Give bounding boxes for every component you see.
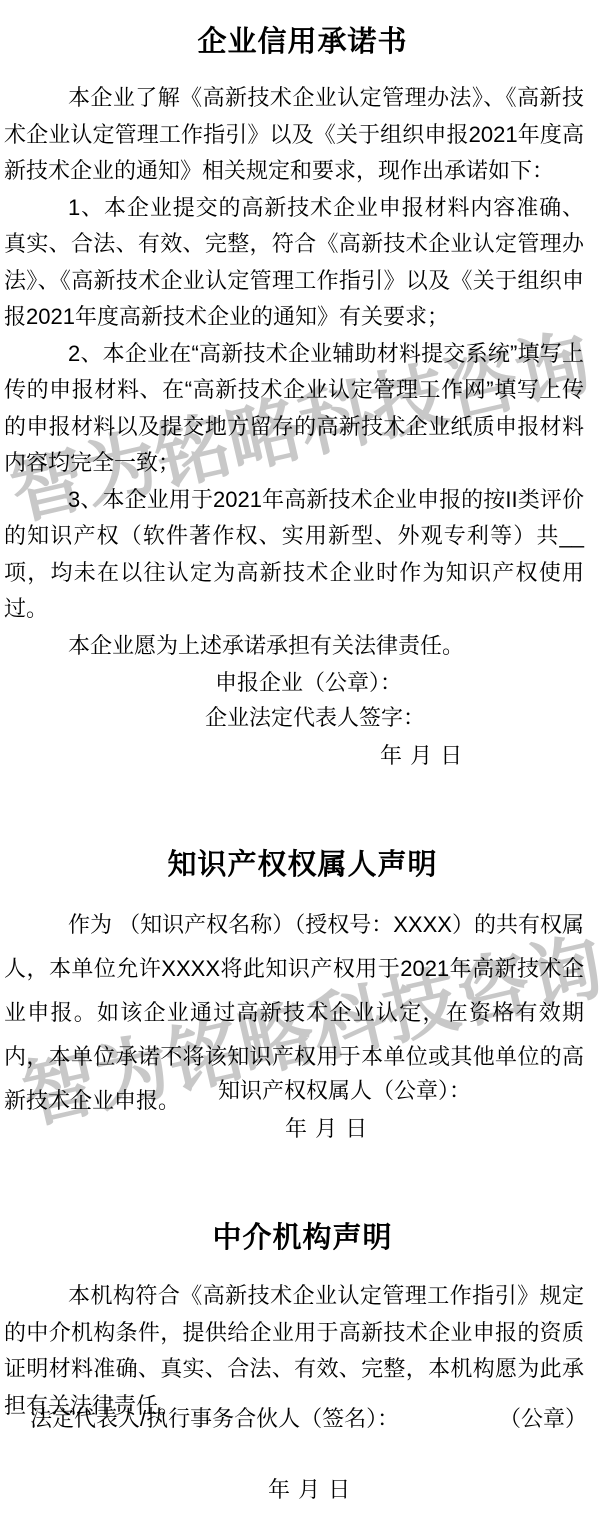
doc3-signature-legal-rep: 法定代表人/执行事务合伙人（签名）：	[30, 1406, 399, 1432]
doc3-signature-seal: （公章）	[499, 1406, 587, 1432]
doc2-date-line: 年 月 日	[285, 1116, 368, 1142]
doc1-date-line: 年 月 日	[380, 743, 463, 769]
doc2-title: 知识产权权属人声明	[0, 848, 605, 882]
doc1-title: 企业信用承诺书	[0, 25, 605, 59]
doc1-paragraph-4: 3、本企业用于2021年高新技术企业申报的按II类评价的知识产权（软件著作权、实…	[4, 482, 584, 628]
doc1-signature-legal-rep: 企业法定代表人签字：	[205, 705, 425, 731]
doc1-paragraph-5: 本企业愿为上述承诺承担有关法律责任。	[4, 628, 584, 665]
doc2-signature-owner-seal: 知识产权权属人（公章）：	[218, 1078, 471, 1104]
document-page: 智为铭略科技咨询 智为铭略科技咨询 企业信用承诺书 本企业了解《高新技术企业认定…	[0, 0, 605, 1514]
doc3-date-line: 年 月 日	[268, 1477, 351, 1503]
doc3-paragraph-1: 本机构符合《高新技术企业认定管理工作指引》规定的中介机构条件，提供给企业用于高新…	[4, 1278, 584, 1424]
doc3-body: 本机构符合《高新技术企业认定管理工作指引》规定的中介机构条件，提供给企业用于高新…	[4, 1278, 584, 1424]
doc1-paragraph-3: 2、本企业在“高新技术企业辅助材料提交系统”填写上传的申报材料、在“高新技术企业…	[4, 336, 584, 482]
doc3-title: 中介机构声明	[0, 1221, 605, 1255]
doc1-paragraph-2: 1、本企业提交的高新技术企业申报材料内容准确、真实、合法、有效、完整，符合《高新…	[4, 190, 584, 336]
doc1-signature-company-seal: 申报企业（公章）：	[215, 670, 402, 696]
doc1-paragraph-1: 本企业了解《高新技术企业认定管理办法》、《高新技术企业认定管理工作指引》以及《关…	[4, 80, 584, 190]
doc3-signature-row: 法定代表人/执行事务合伙人（签名）： （公章）	[0, 1406, 605, 1432]
doc1-body: 本企业了解《高新技术企业认定管理办法》、《高新技术企业认定管理工作指引》以及《关…	[4, 80, 584, 664]
